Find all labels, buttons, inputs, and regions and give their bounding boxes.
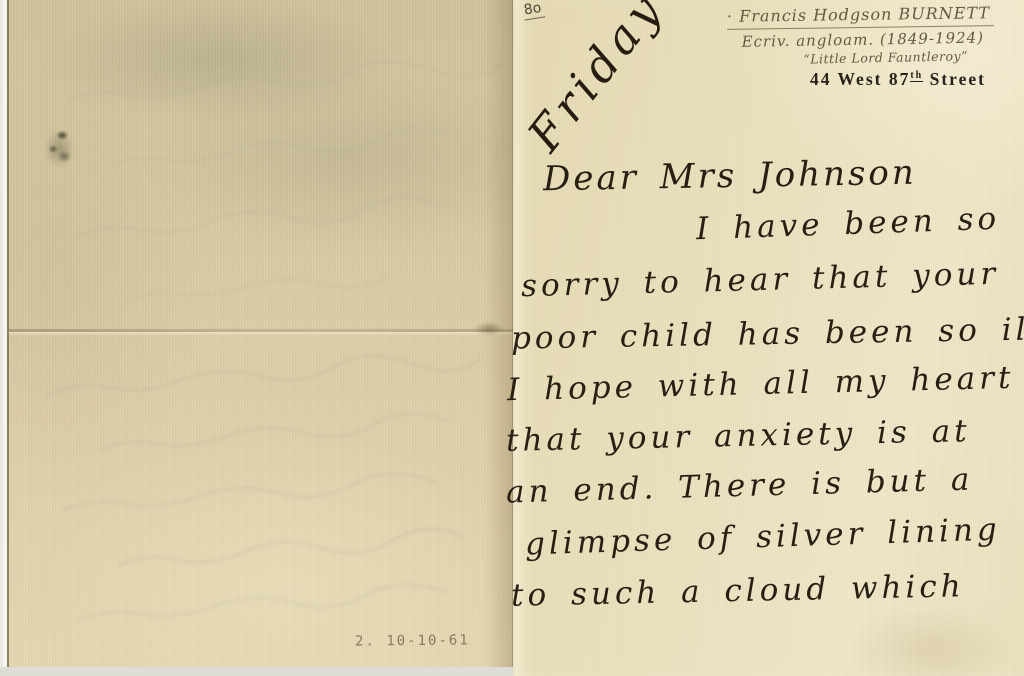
- catalog-number: 2. 10-10-61: [355, 632, 470, 649]
- letter-body-line: sorry to hear that your: [521, 256, 1000, 305]
- letterhead-ordinal-suffix: th: [910, 70, 923, 82]
- horizontal-fold-crease: [9, 329, 513, 332]
- letter-salutation: Dear Mrs Johnson: [543, 153, 917, 200]
- format-notation: 8o: [522, 0, 546, 21]
- page-left-verso: 2. 10-10-61: [7, 0, 513, 667]
- scanner-edge-strip: [0, 667, 513, 676]
- work-title-annotation: “Little Lord Fauntleroy”: [704, 48, 968, 69]
- gutter-smudge: [467, 316, 511, 342]
- letterhead-address-rest: Street: [923, 69, 986, 89]
- cataloger-annotations: · Francis Hodgson BURNETT Ecriv. angloam…: [704, 5, 994, 90]
- letterhead-address: 44 West 87th Street: [704, 69, 986, 90]
- letter-body-line: to such a cloud which: [511, 568, 965, 613]
- letter-body-line: poor child has been so ill: [511, 311, 1024, 356]
- letter-body-line: that your anxiety is at: [506, 413, 971, 459]
- showthrough-writing: [9, 0, 513, 667]
- letter-scan: 2. 10-10-61 8o · Francis Hodgson BURNETT…: [0, 0, 1024, 676]
- letter-date-line: Friday: [517, 0, 675, 161]
- ink-blot-stain: [37, 118, 83, 180]
- author-name-annotation: · Francis Hodgson BURNETT: [727, 3, 994, 30]
- letter-body-line: I have been so: [695, 201, 1000, 248]
- letter-body-line: glimpse of silver lining: [525, 512, 1002, 563]
- page-right-recto: 8o · Francis Hodgson BURNETT Ecriv. angl…: [513, 0, 1024, 676]
- letter-body-line: I hope with all my heart: [507, 360, 1015, 408]
- letterhead-address-main: 44 West 87: [810, 69, 910, 89]
- letter-body-line: an end. There is but a: [506, 461, 974, 510]
